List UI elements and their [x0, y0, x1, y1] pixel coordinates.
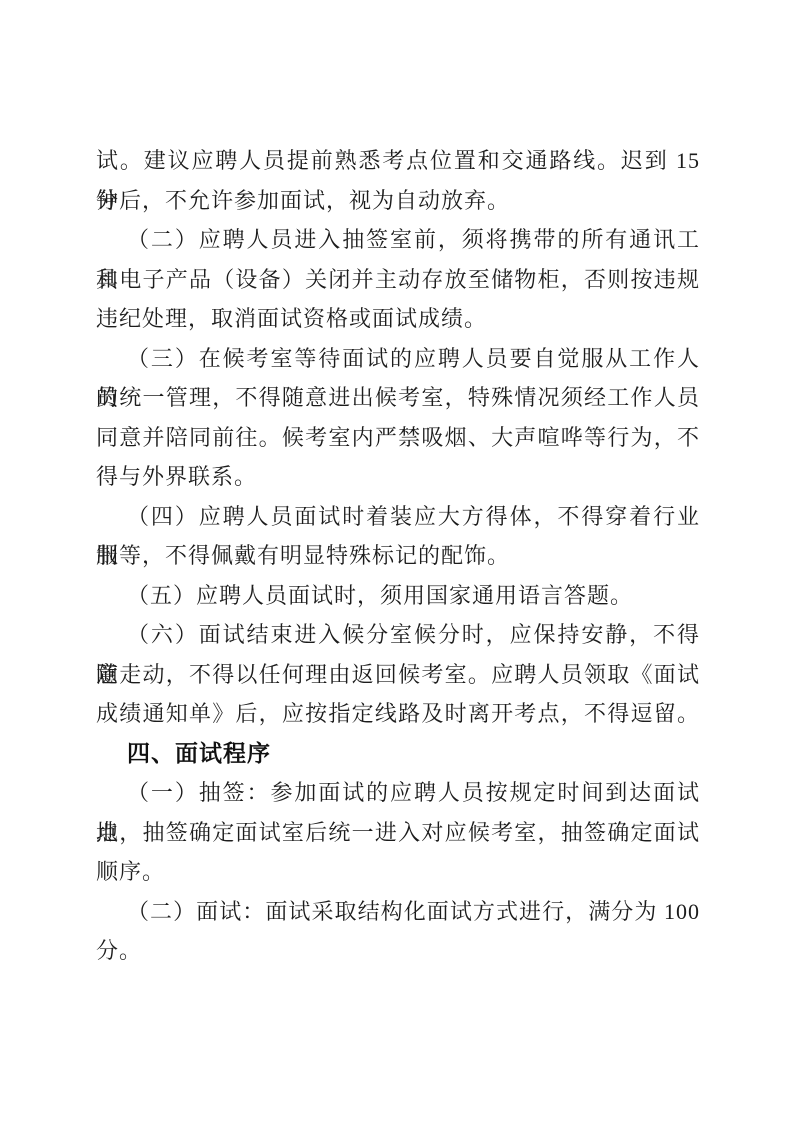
- body-line-3: （二）应聘人员进入抽签室前，须将携带的所有通讯工具: [96, 220, 700, 260]
- body-line-15: 成绩通知单》后，应按指定线路及时离开考点，不得逗留。: [96, 694, 700, 734]
- body-line-6: （三）在候考室等待面试的应聘人员要自觉服从工作人员: [96, 339, 700, 379]
- body-line-9: 得与外界联系。: [96, 457, 700, 497]
- body-line-21: 分。: [96, 931, 700, 971]
- body-line-11: 服等，不得佩戴有明显特殊标记的配饰。: [96, 536, 700, 576]
- document-page: 试。建议应聘人员提前熟悉考点位置和交通路线。迟到 15 分 钟后，不允许参加面试…: [0, 0, 793, 1122]
- section-heading-interview-procedure: 四、面试程序: [96, 734, 700, 774]
- body-line-7: 的统一管理，不得随意进出候考室，特殊情况须经工作人员: [96, 378, 700, 418]
- body-line-20: （二）面试：面试采取结构化面试方式进行，满分为 100: [96, 892, 700, 932]
- body-line-4: 和电子产品（设备）关闭并主动存放至储物柜，否则按违规: [96, 260, 700, 300]
- body-line-8: 同意并陪同前往。候考室内严禁吸烟、大声喧哗等行为，不: [96, 418, 700, 458]
- body-line-19: 顺序。: [96, 852, 700, 892]
- body-line-14: 意走动，不得以任何理由返回候考室。应聘人员领取《面试: [96, 655, 700, 695]
- body-line-18: 点，抽签确定面试室后统一进入对应候考室，抽签确定面试: [96, 813, 700, 853]
- body-line-10: （四）应聘人员面试时着装应大方得体，不得穿着行业制: [96, 497, 700, 537]
- body-line-17: （一）抽签：参加面试的应聘人员按规定时间到达面试地: [96, 773, 700, 813]
- body-line-5: 违纪处理，取消面试资格或面试成绩。: [96, 299, 700, 339]
- body-line-13: （六）面试结束进入候分室候分时，应保持安静，不得随: [96, 615, 700, 655]
- body-line-1: 试。建议应聘人员提前熟悉考点位置和交通路线。迟到 15 分: [96, 141, 700, 181]
- body-line-2: 钟后，不允许参加面试，视为自动放弃。: [96, 181, 700, 221]
- document-body: 试。建议应聘人员提前熟悉考点位置和交通路线。迟到 15 分 钟后，不允许参加面试…: [96, 141, 700, 971]
- body-line-12: （五）应聘人员面试时，须用国家通用语言答题。: [96, 576, 700, 616]
